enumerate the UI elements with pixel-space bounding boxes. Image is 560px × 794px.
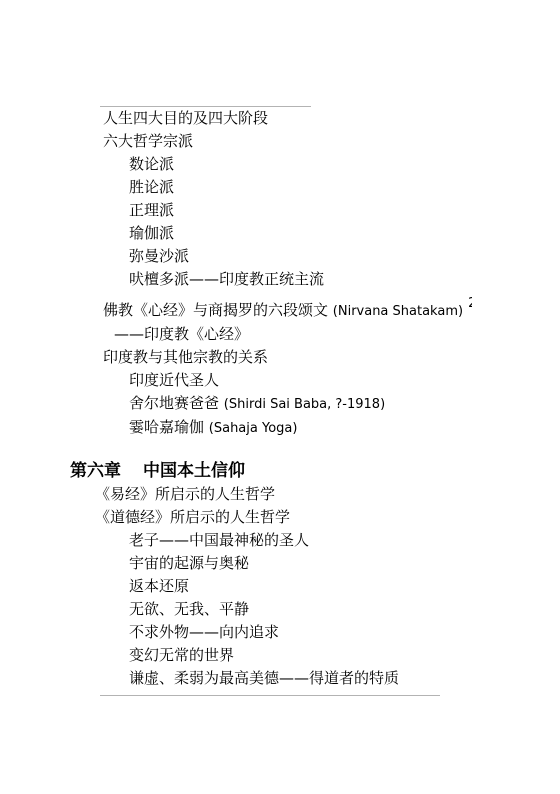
toc-entry: 胜论派 (129, 176, 560, 199)
divider-top (100, 106, 311, 107)
toc-entry: 吠檀多派——印度教正统主流 (129, 268, 560, 291)
toc-entry: 人生四大目的及四大阶段 (103, 107, 560, 130)
chapter-heading: 第六章中国本土信仰 (70, 459, 560, 483)
toc-entry: 弥曼沙派 (129, 245, 560, 268)
toc-entry: 变幻无常的世界 (129, 644, 560, 667)
toc-entry: 瑜伽派 (129, 222, 560, 245)
toc-entry: 正理派 (129, 199, 560, 222)
toc-section-china-native-belief: 《易经》所启示的人生哲学《道德经》所启示的人生哲学老子——中国最神秘的圣人宇宙的… (0, 483, 560, 690)
clipped-page-number: 2 (468, 291, 472, 315)
toc-entry: 印度近代圣人 (129, 369, 560, 392)
divider-bottom (100, 695, 440, 696)
toc-entry: 老子——中国最神秘的圣人 (129, 529, 560, 552)
toc-entry: 数论派 (129, 153, 560, 176)
toc-entry: 舍尔地赛爸爸 (Shirdi Sai Baba, ?-1918) (129, 392, 560, 416)
toc-entry: 六大哲学宗派 (103, 130, 560, 153)
toc-entry: 谦虚、柔弱为最高美德——得道者的特质 (129, 667, 560, 690)
toc-entry: 佛教《心经》与商揭罗的六段颂文 (Nirvana Shatakam)2 (103, 291, 560, 323)
chapter-title: 中国本土信仰 (143, 461, 245, 481)
chapter-number: 第六章 (70, 461, 121, 481)
toc-entry: 《道德经》所启示的人生哲学 (95, 506, 560, 529)
document-page: 人生四大目的及四大阶段六大哲学宗派数论派胜论派正理派瑜伽派弥曼沙派吠檀多派——印… (0, 0, 560, 794)
toc-entry: 不求外物——向内追求 (129, 621, 560, 644)
toc-entry: 印度教与其他宗教的关系 (103, 346, 560, 369)
toc-entry: 无欲、无我、平静 (129, 598, 560, 621)
toc-entry: 返本还原 (129, 575, 560, 598)
toc-entry: ——印度教《心经》 (114, 323, 560, 346)
toc-entry: 《易经》所启示的人生哲学 (95, 483, 560, 506)
toc-section-hindu-philosophy: 人生四大目的及四大阶段六大哲学宗派数论派胜论派正理派瑜伽派弥曼沙派吠檀多派——印… (0, 107, 560, 440)
toc-entry: 宇宙的起源与奥秘 (129, 552, 560, 575)
toc-entry: 霎哈嘉瑜伽 (Sahaja Yoga) (129, 416, 560, 440)
